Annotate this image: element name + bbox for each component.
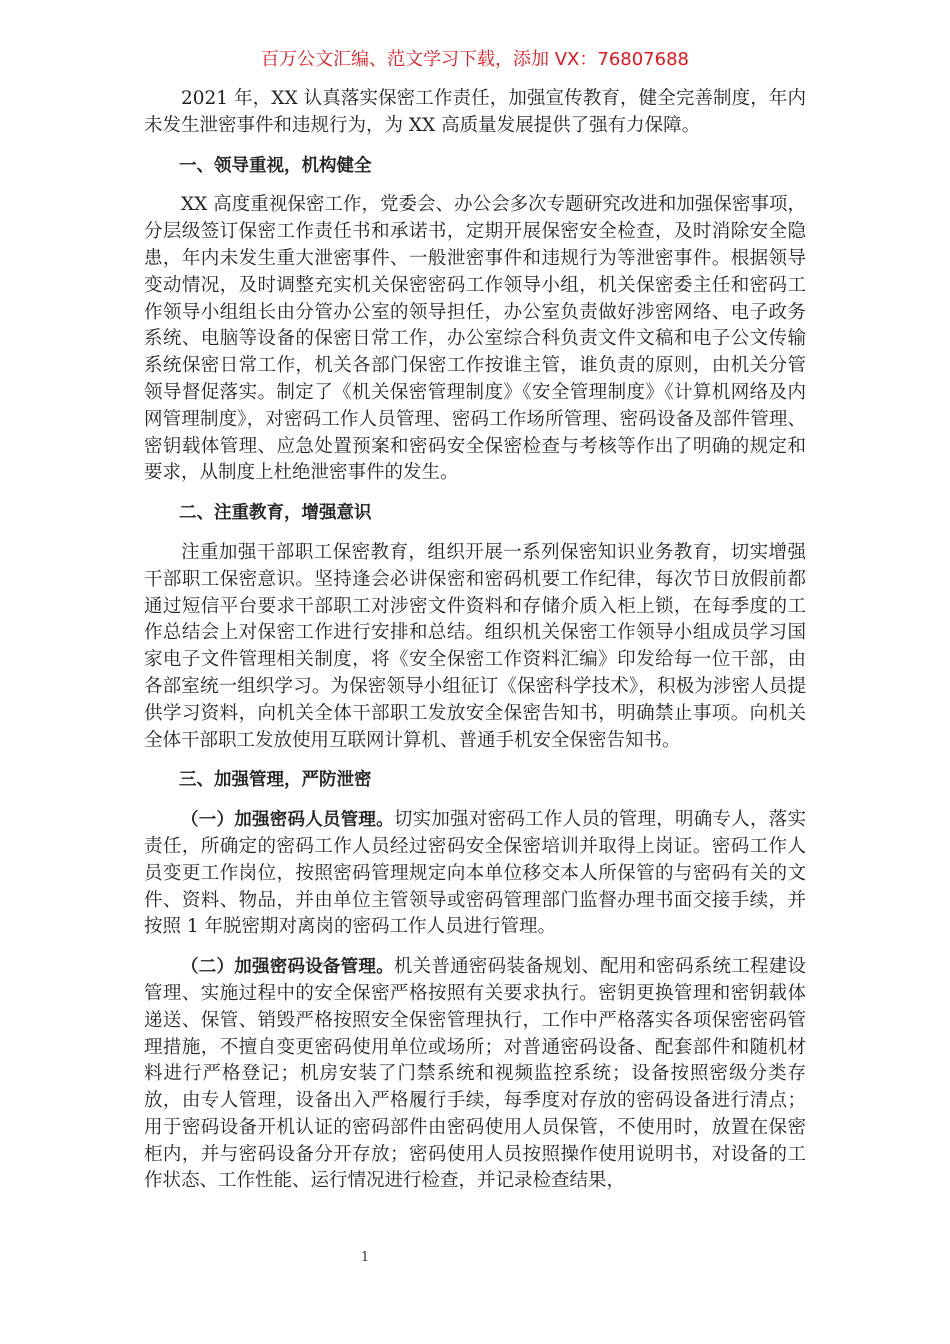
page-number: 1 bbox=[0, 1250, 730, 1265]
subsection-2-lead: （二）加强密码设备管理。 bbox=[181, 957, 394, 977]
subsection-1-paragraph: （一）加强密码人员管理。切实加强对密码工作人员的管理，明确专人，落实责任，所确定… bbox=[144, 807, 806, 941]
section-heading-1: 一、领导重视，机构健全 bbox=[144, 153, 806, 180]
section-1-paragraph: XX 高度重视保密工作，党委会、办公会多次专题研究改进和加强保密事项，分层级签订… bbox=[144, 192, 806, 487]
subsection-2-text: 机关普通密码装备规划、配用和密码系统工程建设管理、实施过程中的安全保密严格按照有… bbox=[144, 956, 806, 1191]
header-banner: 百万公文汇编、范文学习下载，添加 VX：76807688 bbox=[0, 47, 950, 73]
section-heading-3: 三、加强管理，严防泄密 bbox=[144, 767, 806, 794]
subsection-2-paragraph: （二）加强密码设备管理。机关普通密码装备规划、配用和密码系统工程建设管理、实施过… bbox=[144, 954, 806, 1195]
subsection-1-lead: （一）加强密码人员管理。 bbox=[181, 810, 394, 830]
intro-paragraph: 2021 年，XX 认真落实保密工作责任，加强宣传教育，健全完善制度，年内未发生… bbox=[144, 86, 806, 140]
section-2-paragraph: 注重加强干部职工保密教育，组织开展一系列保密知识业务教育，切实增强干部职工保密意… bbox=[144, 540, 806, 754]
document-page: 百万公文汇编、范文学习下载，添加 VX：76807688 2021 年，XX 认… bbox=[0, 0, 950, 1344]
document-body: 2021 年，XX 认真落实保密工作责任，加强宣传教育，健全完善制度，年内未发生… bbox=[144, 86, 806, 1208]
section-heading-2: 二、注重教育，增强意识 bbox=[144, 500, 806, 527]
